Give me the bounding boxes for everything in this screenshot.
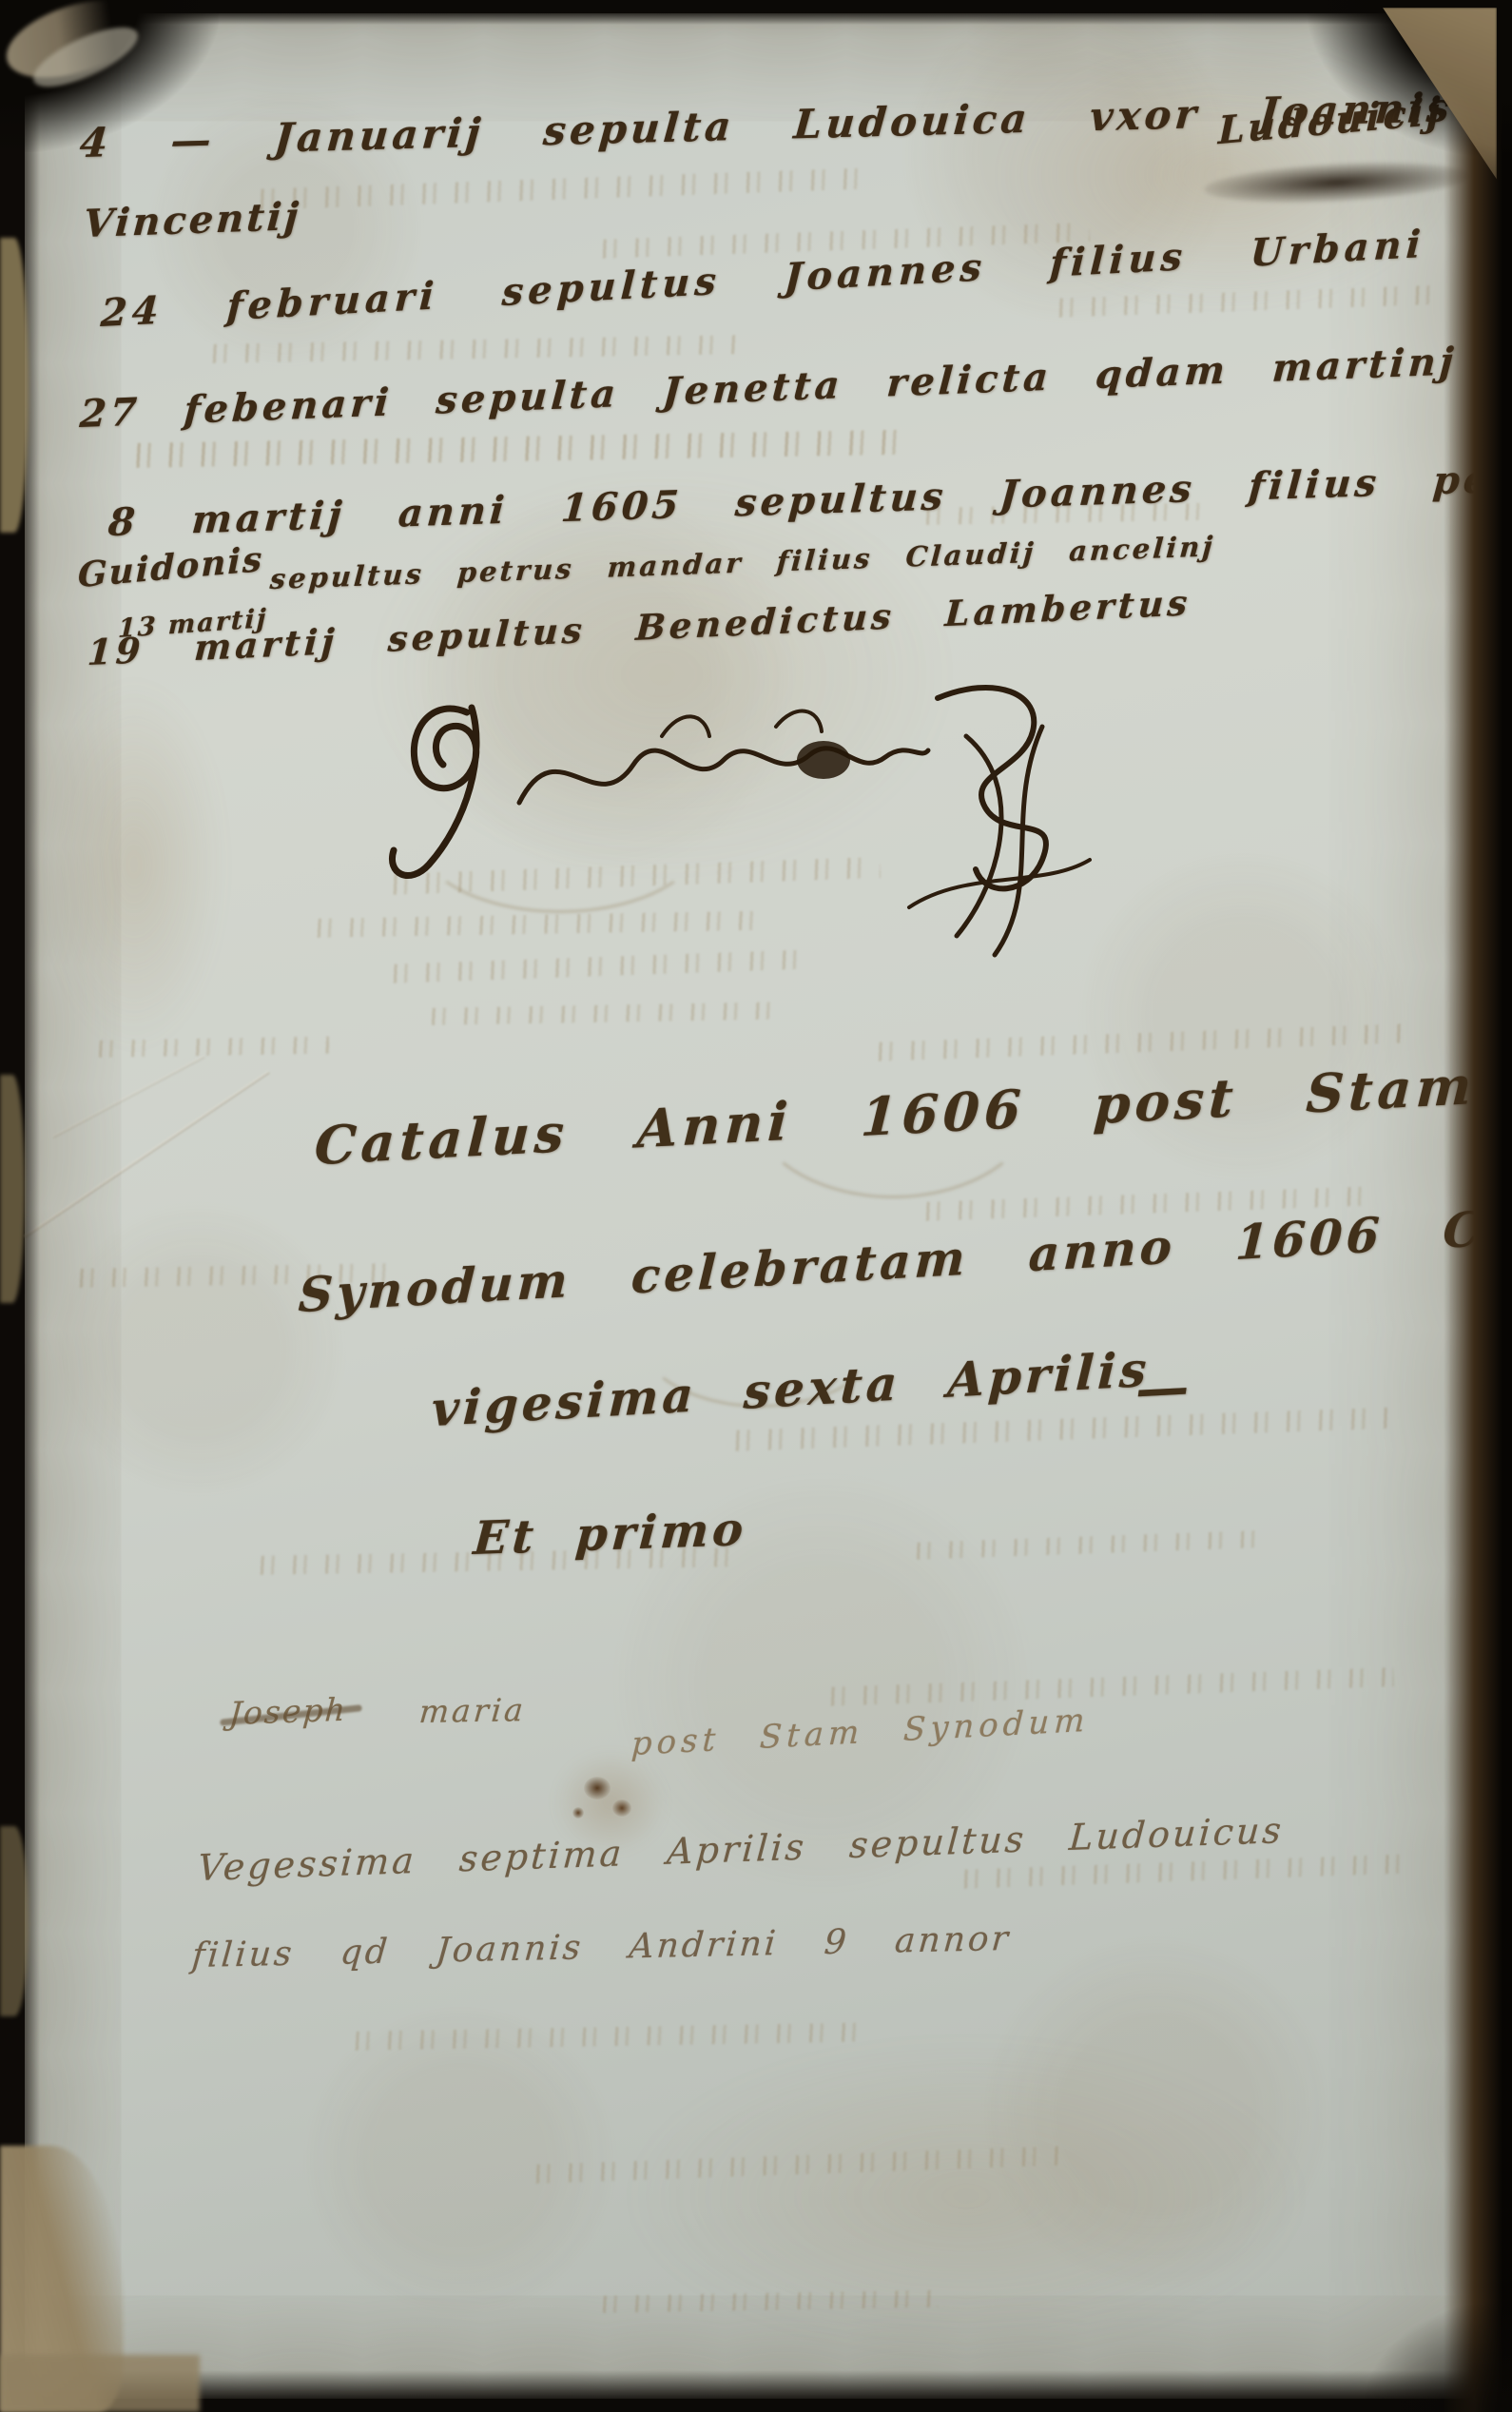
corner-shadow-bottom-right (1360, 2298, 1512, 2412)
ink-spot (612, 1799, 631, 1817)
page-edge-bottom (0, 2370, 1512, 2412)
signature-flourish (377, 670, 1137, 993)
page-stack-edge-left (0, 1075, 25, 1303)
entry-word: Vincentij (82, 194, 302, 246)
margin-note: maria (417, 1691, 527, 1730)
ink-spot (572, 1807, 584, 1819)
page-edge-right (1444, 0, 1512, 2412)
manuscript-page: 4 — Januarij sepulta Ludouica vxor Joann… (25, 13, 1476, 2399)
ink-spot (584, 1777, 611, 1799)
page-stack-edge-left (0, 238, 29, 533)
page-edge-top (0, 0, 1512, 25)
catalog-title-line: Et primo (472, 1503, 748, 1566)
page-stack-edge-left (0, 1826, 29, 2016)
deckle-edge-bottom-left (0, 2355, 200, 2412)
manuscript-photo: 4 — Januarij sepulta Ludouica vxor Joann… (0, 0, 1512, 2412)
catalog-title-dash: — (1134, 1355, 1190, 1421)
